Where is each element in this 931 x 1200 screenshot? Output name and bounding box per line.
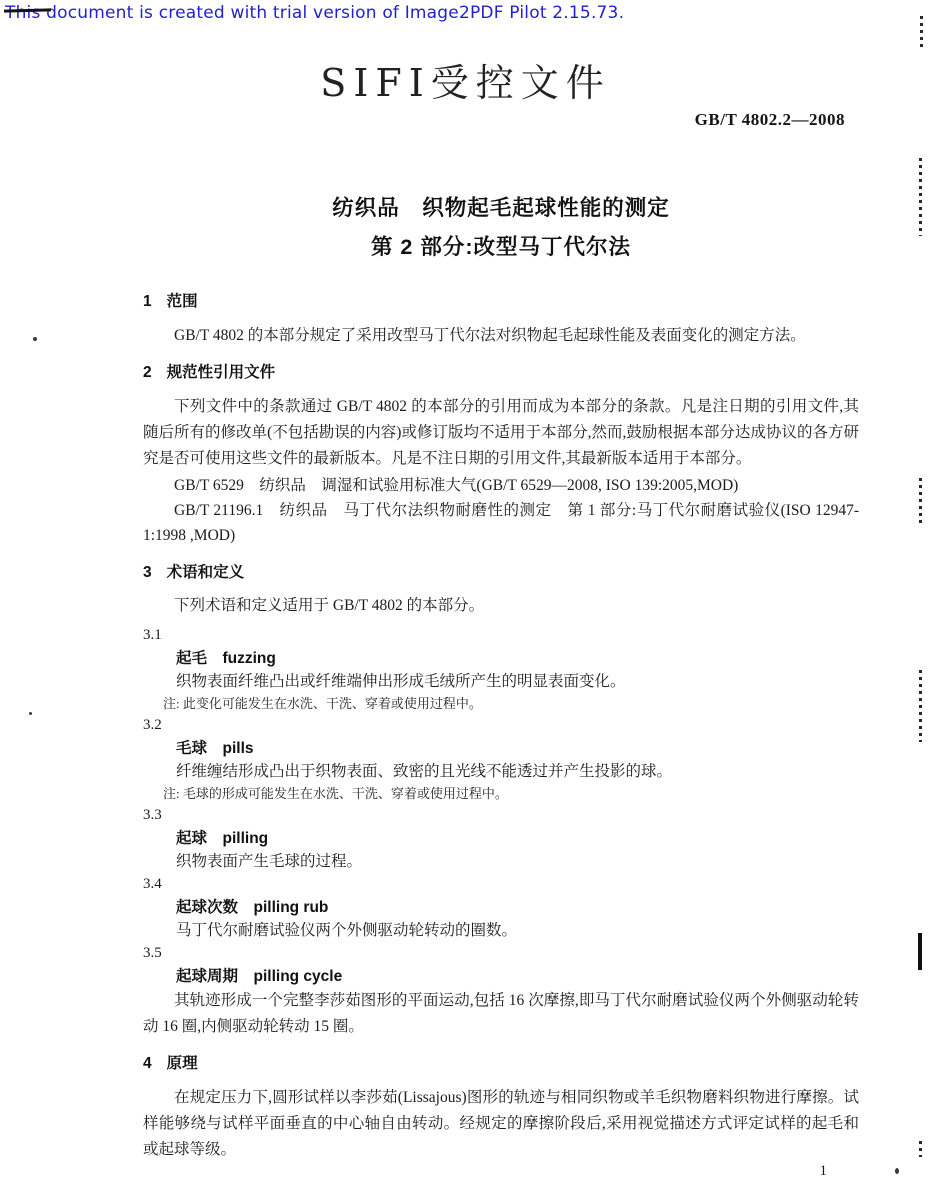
- document-page: This document is created with trial vers…: [0, 0, 931, 1200]
- document-body: 纺织品 织物起毛起球性能的测定 第 2 部分:改型马丁代尔法 1范围 GB/T …: [143, 189, 859, 1163]
- clause1-heading: 1范围: [143, 293, 859, 310]
- clause3-number: 3: [143, 564, 152, 581]
- scan-artifact: [919, 670, 922, 742]
- scan-artifact: [919, 478, 922, 523]
- scan-artifact: [919, 158, 922, 236]
- scan-artifact: [920, 16, 923, 48]
- term-definition: 织物表面纤维凸出或纤维端伸出形成毛绒所产生的明显表面变化。: [143, 670, 859, 693]
- normative-references: GB/T 6529 纺织品 调湿和试验用标准大气(GB/T 6529—2008,…: [143, 473, 859, 548]
- term-definition: 马丁代尔耐磨试验仪两个外侧驱动轮转动的圈数。: [143, 919, 859, 942]
- term-definition: 其轨迹形成一个完整李莎茹图形的平面运动,包括 16 次摩擦,即马丁代尔耐磨试验仪…: [143, 988, 859, 1040]
- clause3-heading: 3术语和定义: [143, 564, 859, 581]
- clause4-number: 4: [143, 1055, 152, 1072]
- clause1-paragraph: GB/T 4802 的本部分规定了采用改型马丁代尔法对织物起毛起球性能及表面变化…: [143, 323, 859, 349]
- term-note: 注: 毛球的形成可能发生在水洗、干洗、穿着或使用过程中。: [143, 783, 859, 804]
- reference-item: GB/T 21196.1 纺织品 马丁代尔法织物耐磨性的测定 第 1 部分:马丁…: [143, 498, 859, 548]
- term-definition: 织物表面产生毛球的过程。: [143, 850, 859, 873]
- page-number: 1: [820, 1163, 828, 1180]
- clause3-intro: 下列术语和定义适用于 GB/T 4802 的本部分。: [143, 593, 859, 619]
- standard-code: GB/T 4802.2—2008: [695, 110, 845, 130]
- term-name: 起球次数 pilling rub: [143, 896, 859, 919]
- clause4-title: 原理: [167, 1055, 198, 1072]
- clause4-heading: 4原理: [143, 1055, 859, 1072]
- clause3-title: 术语和定义: [167, 564, 245, 581]
- scan-artifact: [918, 933, 922, 970]
- clause2-number: 2: [143, 364, 152, 381]
- term-name: 起球周期 pilling cycle: [143, 965, 859, 988]
- term-entry: 3.5 起球周期 pilling cycle 其轨迹形成一个完整李莎茹图形的平面…: [143, 942, 859, 1040]
- document-title: 纺织品 织物起毛起球性能的测定 第 2 部分:改型马丁代尔法: [143, 189, 859, 267]
- term-entry: 3.2 毛球 pills 纤维缠结形成凸出于织物表面、致密的且光线不能透过并产生…: [143, 714, 859, 804]
- scan-speck: [895, 1168, 899, 1174]
- term-entry: 3.1 起毛 fuzzing 织物表面纤维凸出或纤维端伸出形成毛绒所产生的明显表…: [143, 624, 859, 714]
- term-name: 起毛 fuzzing: [143, 647, 859, 670]
- reference-item: GB/T 6529 纺织品 调湿和试验用标准大气(GB/T 6529—2008,…: [143, 473, 859, 498]
- term-name: 毛球 pills: [143, 737, 859, 760]
- clause1-number: 1: [143, 293, 152, 310]
- document-title-line1: 纺织品 织物起毛起球性能的测定: [143, 189, 859, 228]
- clause2-paragraph: 下列文件中的条款通过 GB/T 4802 的本部分的引用而成为本部分的条款。凡是…: [143, 394, 859, 472]
- trial-watermark-text: This document is created with trial vers…: [5, 3, 624, 23]
- clause1-title: 范围: [167, 293, 198, 310]
- term-number: 3.4: [143, 873, 859, 896]
- term-number: 3.2: [143, 714, 859, 737]
- clause4-paragraph: 在规定压力下,圆形试样以李莎茹(Lissajous)图形的轨迹与相同织物或羊毛织…: [143, 1085, 859, 1163]
- term-number: 3.1: [143, 624, 859, 647]
- scan-speck: [33, 337, 37, 341]
- term-note: 注: 此变化可能发生在水洗、干洗、穿着或使用过程中。: [143, 693, 859, 714]
- clause2-title: 规范性引用文件: [167, 364, 276, 381]
- term-entry: 3.4 起球次数 pilling rub 马丁代尔耐磨试验仪两个外侧驱动轮转动的…: [143, 873, 859, 942]
- scan-artifact: [919, 1141, 922, 1157]
- term-number: 3.5: [143, 942, 859, 965]
- term-name: 起球 pilling: [143, 827, 859, 850]
- clause2-heading: 2规范性引用文件: [143, 364, 859, 381]
- term-entry: 3.3 起球 pilling 织物表面产生毛球的过程。: [143, 804, 859, 873]
- controlled-document-label: SIFI受控文件: [0, 52, 931, 107]
- term-number: 3.3: [143, 804, 859, 827]
- term-definition: 纤维缠结形成凸出于织物表面、致密的且光线不能透过并产生投影的球。: [143, 760, 859, 783]
- terms-list: 3.1 起毛 fuzzing 织物表面纤维凸出或纤维端伸出形成毛绒所产生的明显表…: [143, 624, 859, 1040]
- scan-speck: [29, 712, 32, 715]
- document-title-line2: 第 2 部分:改型马丁代尔法: [143, 228, 859, 267]
